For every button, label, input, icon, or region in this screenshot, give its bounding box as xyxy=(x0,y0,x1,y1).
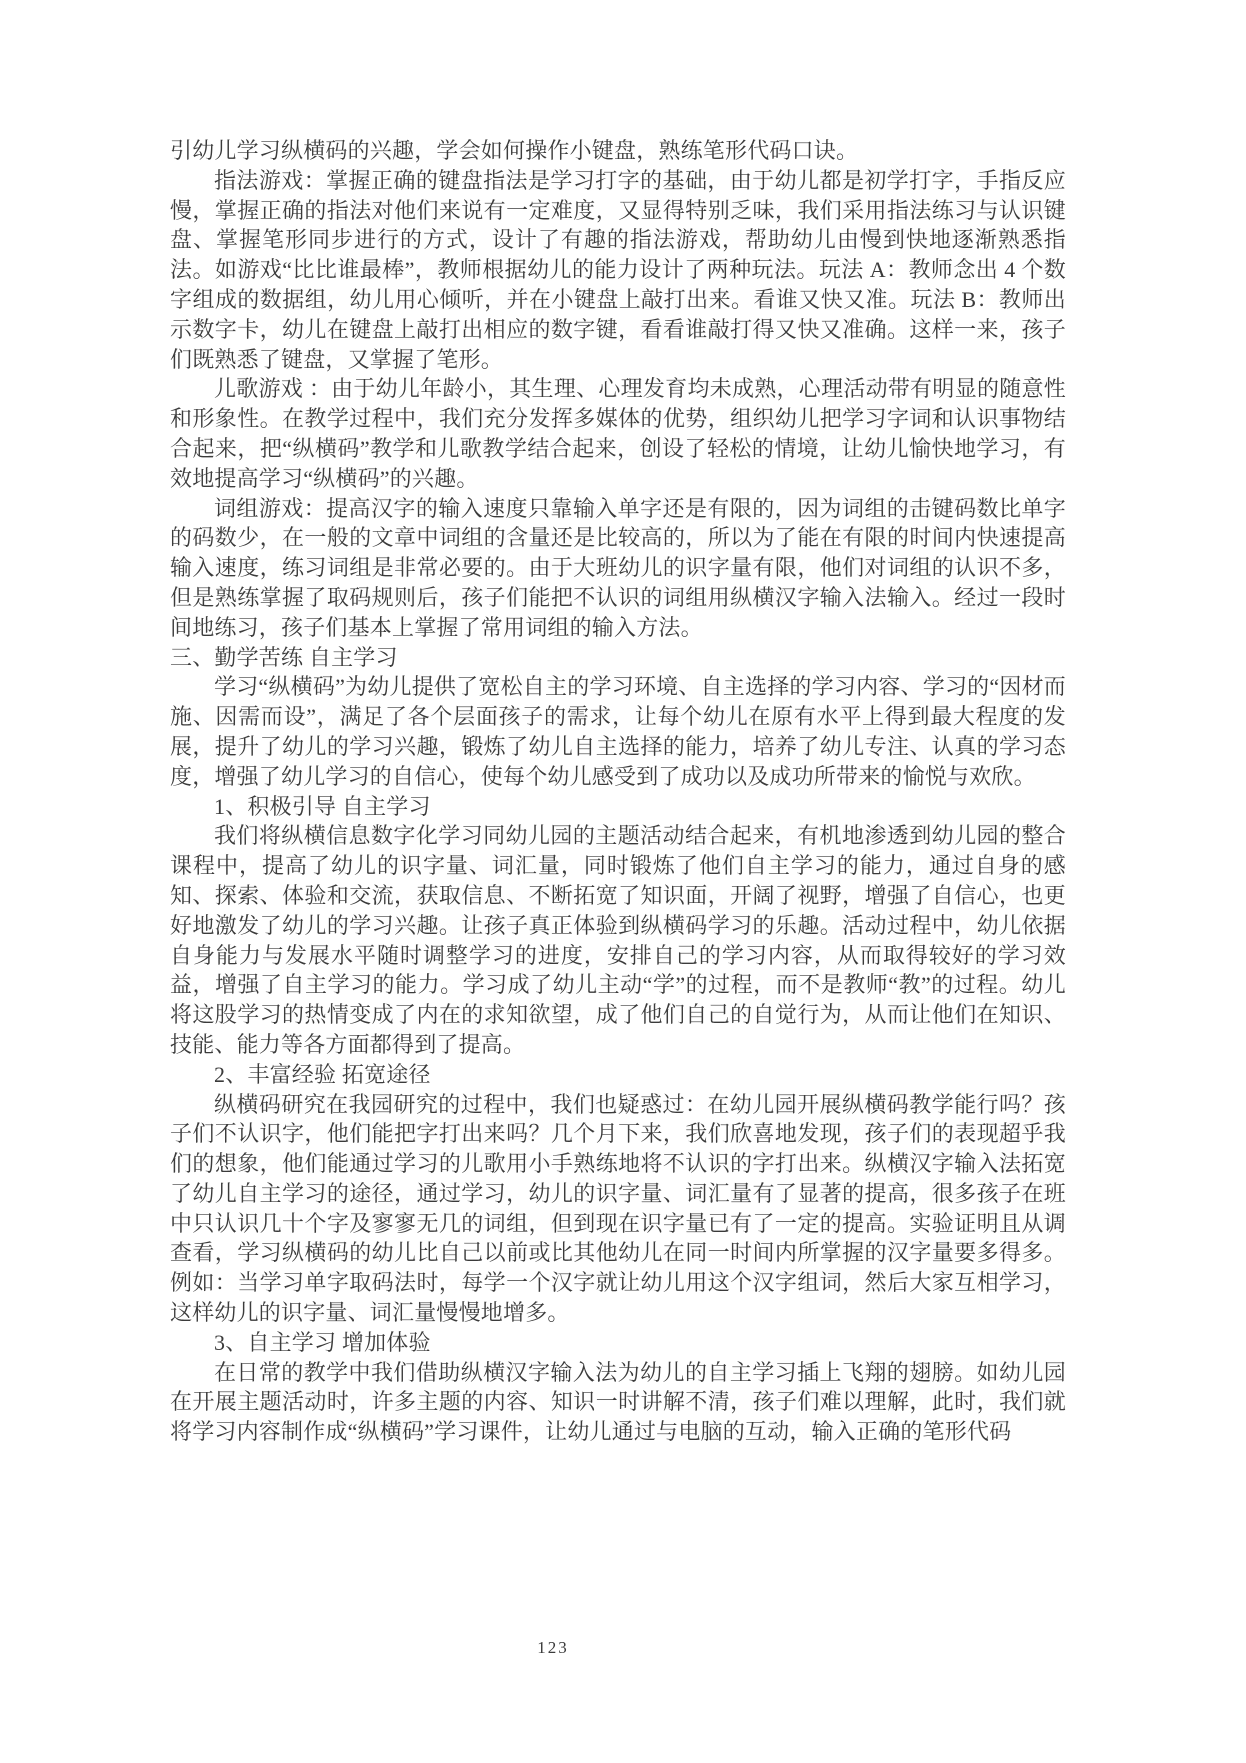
page-number: 123 xyxy=(170,1638,936,1658)
document-page: 引幼儿学习纵横码的兴趣，学会如何操作小键盘，熟练笔形代码口诀。 指法游戏：掌握正… xyxy=(0,0,1246,1763)
paragraph-subsection-3: 在日常的教学中我们借助纵横汉字输入法为幼儿的自主学习插上飞翔的翅膀。如幼儿园在开… xyxy=(170,1358,1066,1447)
subsection-heading-2: 2、丰富经验 拓宽途径 xyxy=(170,1060,1066,1090)
section-heading: 三、勤学苦练 自主学习 xyxy=(170,643,1066,673)
text-block: 引幼儿学习纵横码的兴趣，学会如何操作小键盘，熟练笔形代码口诀。 指法游戏：掌握正… xyxy=(170,136,1066,1447)
paragraph-subsection-2: 纵横码研究在我园研究的过程中，我们也疑惑过：在幼儿园开展纵横码教学能行吗？孩子们… xyxy=(170,1090,1066,1328)
paragraph-continuation: 引幼儿学习纵横码的兴趣，学会如何操作小键盘，熟练笔形代码口诀。 xyxy=(170,136,1066,166)
paragraph-finger-game: 指法游戏：掌握正确的键盘指法是学习打字的基础，由于幼儿都是初学打字，手指反应慢，… xyxy=(170,166,1066,375)
subsection-heading-3: 3、自主学习 增加体验 xyxy=(170,1328,1066,1358)
paragraph-word-group-game: 词组游戏：提高汉字的输入速度只靠输入单字还是有限的，因为词组的击键码数比单字的码… xyxy=(170,494,1066,643)
paragraph-section-intro: 学习“纵横码”为幼儿提供了宽松自主的学习环境、自主选择的学习内容、学习的“因材而… xyxy=(170,672,1066,791)
subsection-heading-1: 1、积极引导 自主学习 xyxy=(170,792,1066,822)
paragraph-rhyme-game: 儿歌游戏 ：由于幼儿年龄小，其生理、心理发育均未成熟，心理活动带有明显的随意性和… xyxy=(170,374,1066,493)
paragraph-subsection-1: 我们将纵横信息数字化学习同幼儿园的主题活动结合起来，有机地渗透到幼儿园的整合课程… xyxy=(170,821,1066,1059)
